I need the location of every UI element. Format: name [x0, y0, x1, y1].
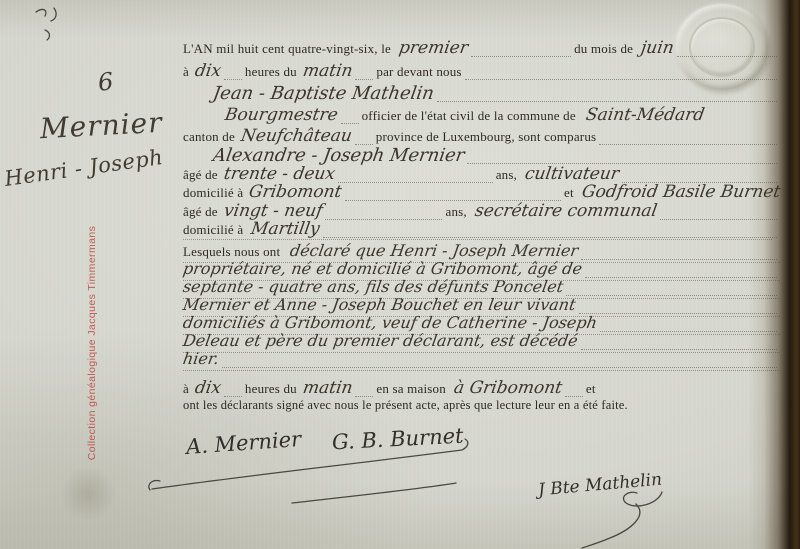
dotted-leader [465, 77, 777, 80]
printed-hours: heures du [245, 65, 297, 78]
dotted-leader [467, 161, 777, 164]
printed-aged: âgé de [183, 205, 218, 218]
hand-day: premier [398, 40, 470, 57]
hand-death-period: matin [302, 380, 354, 397]
flourish-paraph-loop [624, 492, 663, 506]
hand-officer-title: Bourgmestre [224, 107, 339, 124]
dotted-leader [471, 54, 571, 57]
dotted-leader [585, 275, 777, 278]
hand-occupation2: secrétaire communal [474, 203, 659, 220]
hand-declarant1-name: Alexandre - Joseph Mernier [212, 147, 466, 165]
dotted-leader [677, 54, 777, 57]
line-closing: ont les déclarants signé avec nous le pr… [183, 399, 780, 418]
separator-rule [183, 239, 772, 240]
hand-hour: dix [194, 63, 223, 80]
dotted-leader [581, 347, 777, 350]
dotted-leader [338, 180, 493, 183]
dotted-leader [325, 217, 442, 220]
hand-death-hour: dix [194, 380, 223, 397]
flourish-paraph-tail [582, 504, 640, 548]
hand-occupation1: cultivateur [524, 166, 621, 183]
line-declarant2-domicile: domicilié à Martilly [183, 221, 780, 240]
printed-lesquels: Lesquels nous ont [183, 245, 280, 258]
ink-mark [51, 8, 56, 21]
ink-mark [45, 30, 49, 40]
signature-declarant1: A. Mernier [185, 429, 301, 458]
printed-and: et [586, 382, 596, 395]
hand-declaration-3: septante - quatre ans, fils des défunts … [182, 279, 565, 295]
line-date: L'AN mil huit cent quatre-vingt-six, le … [183, 40, 780, 59]
printed-month-label: du mois de [574, 42, 633, 55]
signature-declarant2: G. B. Burnet [332, 426, 464, 454]
collection-stamp: Collection généalogique Jacques Timmerma… [85, 218, 99, 468]
printed-domiciled: domicilié à [183, 186, 243, 199]
declaration-line-6: Deleau et père du premier déclarant, est… [183, 333, 780, 353]
line-officer-title: Bourgmestre officier de l'état civil de … [183, 107, 780, 126]
hand-declaration-5: domiciliés à Gribomont, veuf de Catherin… [182, 315, 599, 331]
margin-deceased-firstnames: Henri - Joseph [3, 147, 164, 190]
hand-age1: trente - deux [222, 166, 336, 183]
hand-declarant2-name: Godfroid Basile Burnet [580, 184, 781, 201]
dotted-leader [437, 99, 777, 102]
paper-stain [58, 468, 118, 520]
line-time: à dix heures du matin par devant nous [183, 63, 780, 82]
signature-officer: J Bte Mathelin [537, 472, 662, 500]
printed-year: L'AN mil huit cent quatre-vingt-six, le [183, 42, 391, 55]
dotted-leader [355, 394, 373, 397]
hand-age2: vingt - neuf [222, 203, 323, 220]
declaration-line-7: hier. [183, 351, 780, 371]
printed-in-house: en sa maison [376, 382, 446, 395]
death-record-page: 6 Mernier Henri - Joseph Collection géné… [0, 0, 800, 549]
hand-declaration-6: Deleau et père du premier déclarant, est… [182, 333, 579, 349]
dotted-leader [323, 235, 777, 238]
printed-years: ans, [496, 168, 517, 181]
hand-month: juin [640, 40, 675, 57]
dotted-leader [581, 257, 777, 260]
line-officer-name: Jean - Baptiste Mathelin [183, 85, 780, 104]
hand-officer-name: Jean - Baptiste Mathelin [212, 85, 436, 103]
hand-period: matin [302, 63, 354, 80]
hand-domicile2: Martilly [250, 221, 321, 238]
dotted-leader [599, 142, 777, 145]
act-number: 6 [97, 69, 115, 94]
dotted-leader [341, 121, 359, 124]
ink-mark [36, 9, 46, 16]
dotted-leader [579, 311, 777, 314]
printed-canton: canton de [183, 130, 235, 143]
hand-declaration-2: propriétaire, né et domicilié à Gribomon… [182, 261, 584, 277]
hand-canton: Neufchâteau [240, 128, 353, 145]
printed-at: à [183, 65, 189, 78]
printed-and: et [564, 186, 574, 199]
dotted-leader [660, 217, 777, 220]
printed-at: à [183, 382, 189, 395]
dotted-leader [222, 365, 777, 368]
printed-closing: ont les déclarants signé avec nous le pr… [183, 399, 628, 412]
printed-domiciled: domicilié à [183, 223, 243, 236]
printed-hours: heures du [245, 382, 297, 395]
dotted-leader [600, 329, 777, 332]
printed-civil-officer: officier de l'état civil de la commune d… [362, 109, 576, 122]
dotted-leader [566, 293, 777, 296]
dotted-leader [565, 394, 583, 397]
hand-commune: Saint-Médard [585, 107, 706, 124]
flourish-underline-short [292, 483, 456, 503]
flourish-hook [149, 481, 160, 490]
line-death-time: à dix heures du matin en sa maison à Gri… [183, 380, 780, 399]
printed-years: ans, [445, 205, 466, 218]
printed-aged: âgé de [183, 168, 218, 181]
hand-declaration-1: déclaré que Henri - Joseph Mernier [289, 243, 580, 259]
printed-province: province de Luxembourg, sont comparus [376, 130, 597, 143]
dotted-leader [224, 77, 242, 80]
hand-declaration-4: Mernier et Anne - Joseph Bouchet en leur… [182, 297, 577, 313]
dotted-leader [355, 77, 373, 80]
printed-before-us: par devant nous [376, 65, 461, 78]
hand-declaration-7: hier. [182, 351, 220, 367]
dotted-leader [224, 394, 242, 397]
hand-domicile1: Gribomont [248, 184, 343, 201]
margin-deceased-surname: Mernier [39, 109, 163, 143]
hand-death-place: à Gribomont [453, 380, 564, 397]
